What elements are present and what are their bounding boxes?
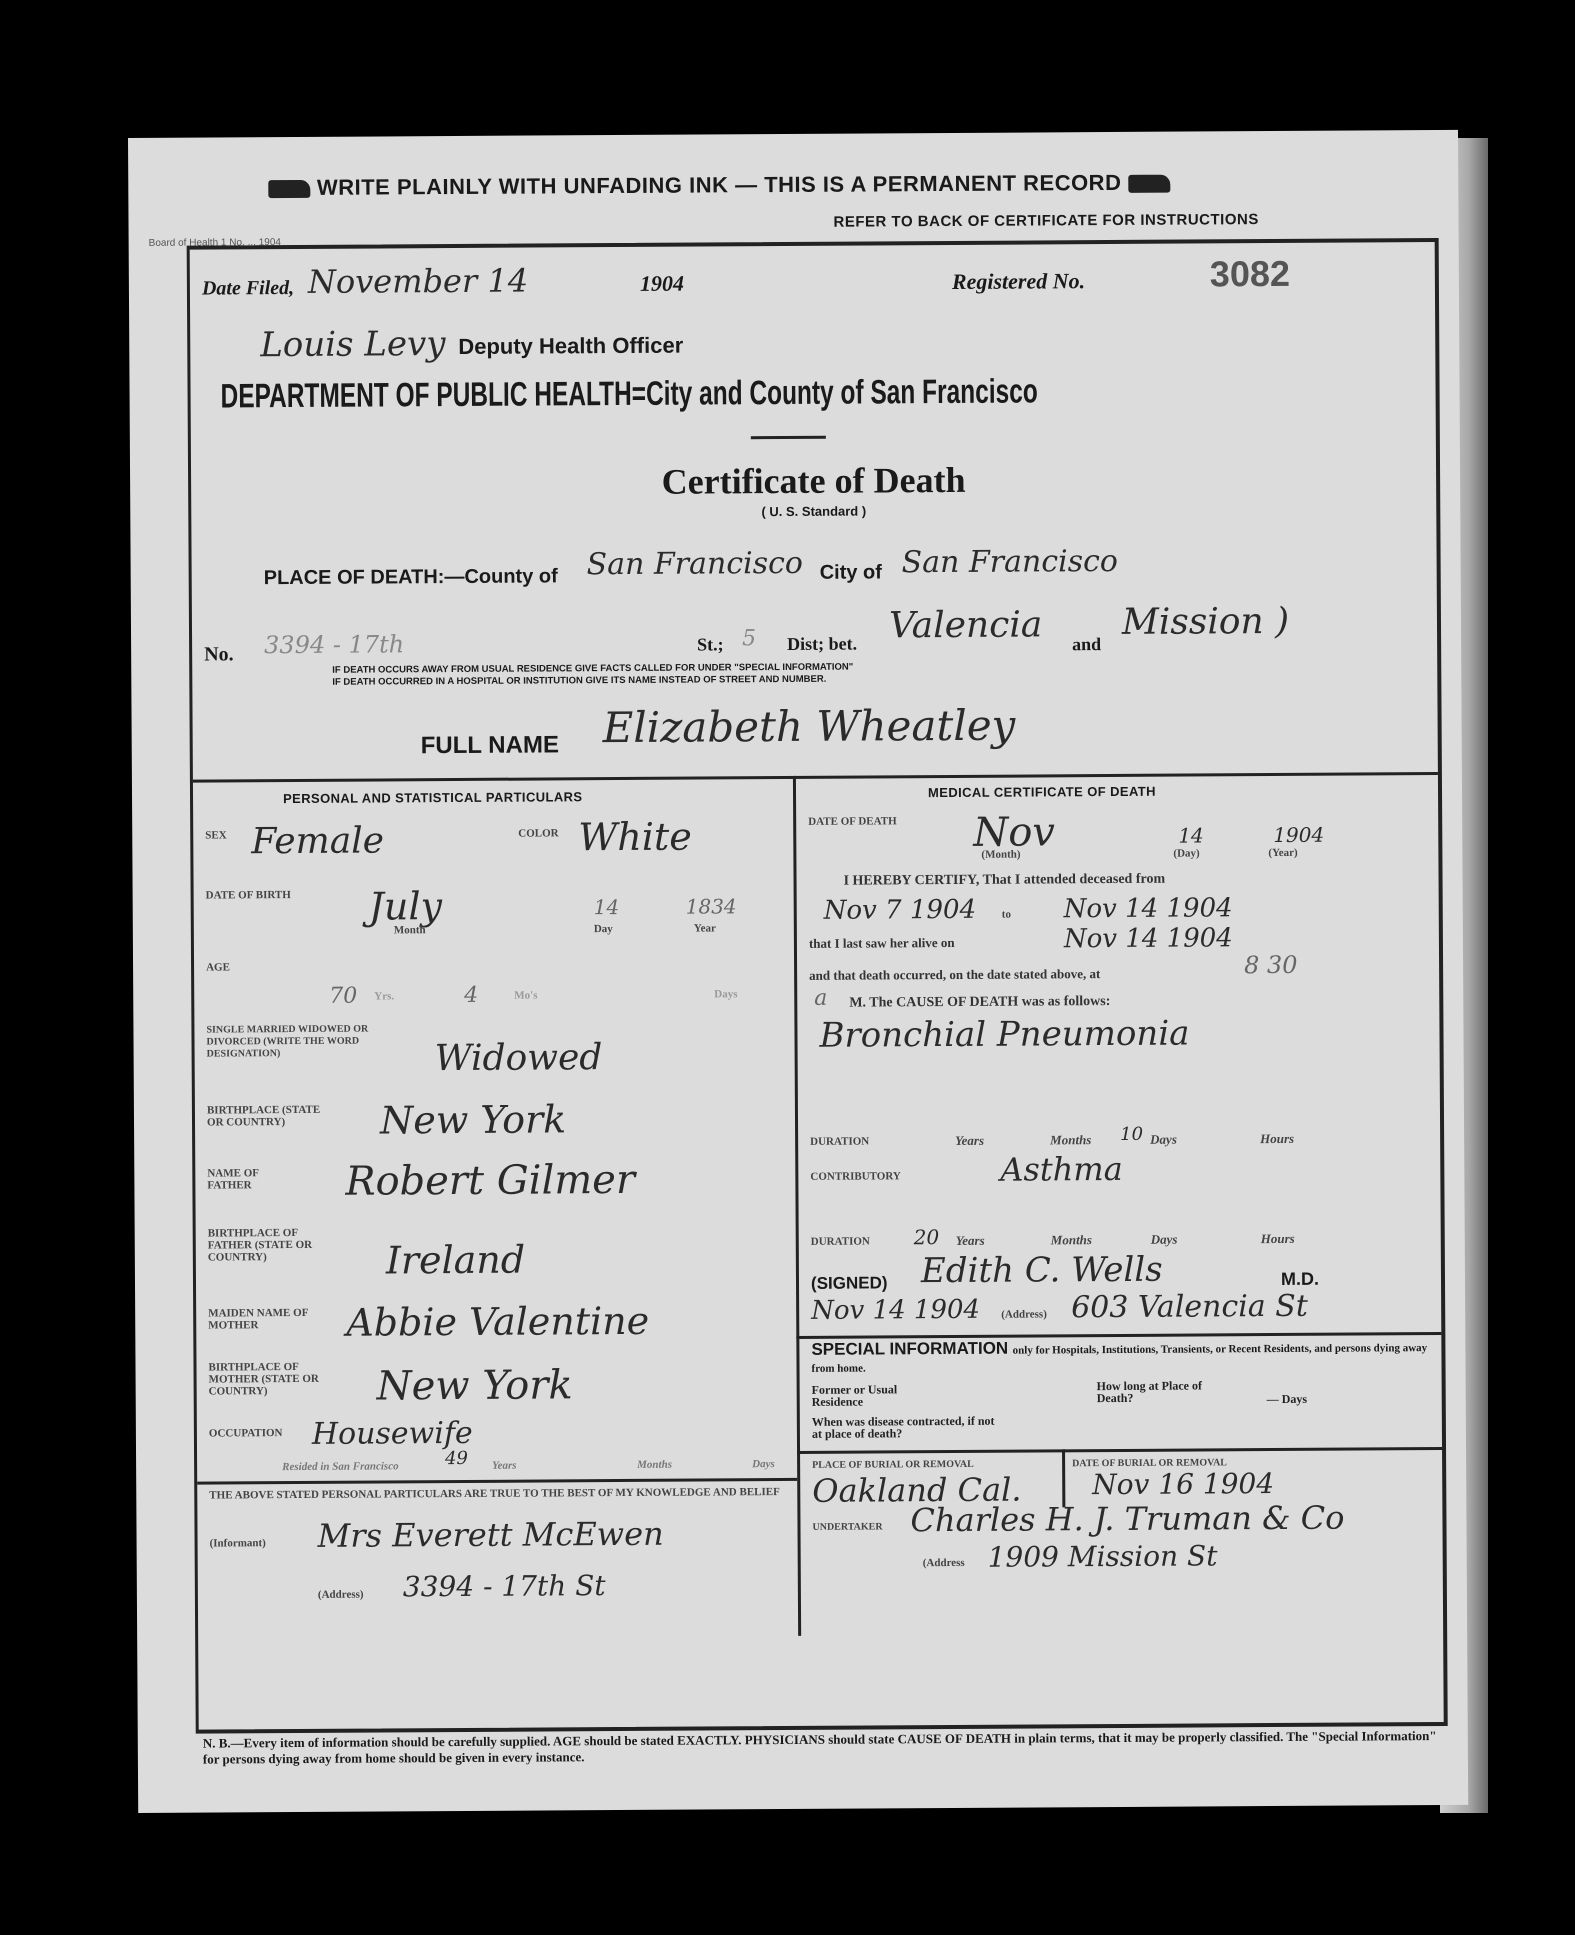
death-time: 8 30 [1244,951,1298,979]
duration2-years: 20 [914,1225,940,1249]
medical-header: MEDICAL CERTIFICATE OF DEATH [928,784,1156,800]
duration2-years-label: Years [956,1233,985,1249]
resided-years: 49 [445,1448,468,1469]
street-no-value: 3394 - 17th [264,630,404,659]
how-long-label: How long at Place of Death? [1097,1379,1207,1404]
resided-days-label: Days [752,1458,775,1470]
father-birthplace-label: BIRTHPLACE OF FATHER (State or Country) [208,1227,328,1264]
md-label: M.D. [1281,1269,1319,1290]
duration-days-label: Days [1150,1132,1177,1148]
last-saw-label: that I last saw her alive on [809,935,955,952]
informant-address-label: (Address) [318,1589,364,1601]
burial-date: Nov 16 1904 [1092,1467,1274,1501]
death-certificate: WRITE PLAINLY WITH UNFADING INK — THIS I… [128,130,1468,1813]
place-of-death-label: PLACE OF DEATH:—County of [264,565,558,590]
banner: WRITE PLAINLY WITH UNFADING INK — THIS I… [268,168,1368,201]
undertaker-address: 1909 Mission St [988,1539,1218,1573]
father-value: Robert Gilmer [345,1157,635,1205]
contributory-label: CONTRIBUTORY [810,1170,901,1183]
mother-birthplace-label: BIRTHPLACE OF MOTHER (State or Country) [208,1361,328,1398]
footnote: N. B.—Every item of information should b… [203,1728,1443,1768]
dod-year: 1904 [1273,823,1324,847]
city-value: San Francisco [902,544,1119,580]
dob-month: July [369,884,443,928]
physician-signature: Edith C. Wells [921,1250,1163,1291]
marital-label: SINGLE MARRIED WIDOWED OR DIVORCED (Writ… [206,1023,396,1060]
dod-month-label: (Month) [981,849,1020,861]
registered-number: 3082 [1210,253,1290,295]
registered-label: Registered No. [952,268,1085,295]
county-value: San Francisco [587,546,804,582]
resided-label: Resided in San Francisco [282,1460,399,1473]
banner-text: WRITE PLAINLY WITH UNFADING INK — THIS I… [317,170,1122,200]
informant-address: 3394 - 17th St [403,1569,606,1603]
st-label: St.; [697,634,724,655]
age-days-label: Days [714,988,737,1000]
pointing-hand-icon [1128,175,1170,193]
certificate-title: Certificate of Death [191,456,1436,506]
mother-label: MAIDEN NAME OF MOTHER [208,1307,328,1332]
sex-label: SEX [205,829,226,841]
burial-place-label: PLACE OF BURIAL OR REMOVAL [812,1459,974,1472]
month-label: Month [394,924,426,936]
and-label: and [1072,634,1101,655]
duration-years-label: Years [955,1133,984,1149]
birthplace-label: BIRTHPLACE (State or Country) [207,1104,327,1129]
duration-months-label: Months [1050,1132,1091,1148]
occupation-value: Housewife [312,1416,473,1452]
marital-value: Widowed [435,1037,603,1079]
yrs-label: Yrs. [374,990,394,1002]
duration-label: DURATION [810,1135,869,1147]
resided-years-label: Years [492,1460,517,1472]
refer-instructions: REFER TO BACK OF CERTIFICATE FOR INSTRUC… [833,211,1258,231]
sign-date: Nov 14 1904 [811,1295,980,1326]
to-label: to [1002,909,1011,921]
section-divider [193,772,1438,783]
duration2-days-label: Days [1151,1232,1178,1248]
contributory-value: Asthma [1000,1150,1123,1189]
duration2-hours-label: Hours [1261,1231,1295,1247]
former-residence-label: Former or Usual Residence [812,1383,912,1408]
occupation-label: OCCUPATION [209,1427,283,1439]
informant-label: (Informant) [210,1537,266,1549]
certificate-frame: Date Filed, November 14 1904 Registered … [187,238,1448,1734]
attended-from: Nov 7 1904 [824,895,977,926]
duration-days-value: 10 [1120,1124,1143,1145]
duration2-months-label: Months [1051,1232,1092,1248]
father-label: NAME OF FATHER [207,1167,297,1192]
contracted-label: When was disease contracted, if not at p… [812,1415,1002,1440]
duration-hours-label: Hours [1260,1131,1294,1147]
father-birthplace-value: Ireland [386,1238,526,1283]
between-street-1: Valencia [889,604,1043,646]
duration2-label: DURATION [811,1235,870,1247]
color-label: COLOR [518,827,558,839]
mother-birthplace-value: New York [376,1362,572,1409]
dist-bet-label: Dist; bet. [787,634,857,655]
resided-months-label: Months [637,1459,672,1471]
filed-year: 1904 [640,271,684,297]
cause-label: M. The CAUSE OF DEATH was as follows: [849,994,1110,1012]
personal-header: PERSONAL AND STATISTICAL PARTICULARS [283,789,583,806]
dod-label: DATE OF DEATH [808,815,896,828]
dod-year-label: (Year) [1268,847,1297,859]
day-label: Day [594,923,613,935]
dob-year: 1834 [686,894,737,918]
divider [751,436,826,439]
meridiem: a [814,986,827,1011]
officer-signature: Louis Levy [260,324,445,365]
undertaker-value: Charles H. J. Truman & Co [910,1499,1344,1540]
cause-value: Bronchial Pneumonia [819,1014,1189,1056]
color-value: White [578,815,692,860]
undertaker-address-label: (Address [923,1557,965,1569]
physician-address: 603 Valencia St [1071,1289,1308,1325]
burial-column-divider [1062,1449,1065,1507]
street-no-label: No. [204,643,234,666]
dob-label: DATE OF BIRTH [206,889,291,902]
attest-divider [197,1478,797,1485]
undertaker-label: UNDERTAKER [812,1521,882,1533]
age-years: 70 [329,984,357,1009]
between-street-2: Mission ) [1122,601,1289,643]
informant-value: Mrs Everett McEwen [317,1515,663,1555]
mos-label: Mo's [514,990,537,1002]
special-title: SPECIAL INFORMATION [811,1339,1008,1359]
date-filed-label: Date Filed, [202,277,294,301]
age-months: 4 [464,983,478,1008]
special-info-header: SPECIAL INFORMATION only for Hospitals, … [811,1338,1436,1377]
dob-day: 14 [594,895,620,919]
age-label: AGE [206,961,230,973]
attest-text: THE ABOVE STATED PERSONAL PARTICULARS AR… [209,1486,789,1502]
death-time-label: and that death occurred, on the date sta… [809,966,1100,984]
full-name-value: Elizabeth Wheatley [602,701,1015,753]
date-filed-value: November 14 [308,262,528,301]
last-saw-value: Nov 14 1904 [1064,923,1233,954]
birthplace-value: New York [380,1097,566,1142]
full-name-label: FULL NAME [421,731,559,760]
officer-title: Deputy Health Officer [458,333,683,360]
city-label: City of [820,561,882,584]
signed-label: (SIGNED) [811,1273,888,1293]
physician-address-label: (Address) [1001,1308,1047,1320]
dod-day: 14 [1178,823,1204,847]
year-label: Year [694,922,716,934]
dod-day-label: (Day) [1173,847,1199,859]
how-long-days-label: — Days [1267,1393,1307,1405]
burial-divider [797,1447,1442,1454]
attended-to: Nov 14 1904 [1064,893,1233,924]
pointing-hand-icon [268,180,310,198]
place-instructions: IF DEATH OCCURS AWAY FROM USUAL RESIDENC… [332,662,853,689]
column-divider [793,776,801,1636]
certify-text: I HEREBY CERTIFY, That I attended deceas… [844,872,1166,890]
department-title: DEPARTMENT OF PUBLIC HEALTH=City and Cou… [220,372,1037,416]
mother-value: Abbie Valentine [346,1299,649,1345]
district-value: 5 [742,626,756,651]
sex-value: Female [251,820,384,862]
